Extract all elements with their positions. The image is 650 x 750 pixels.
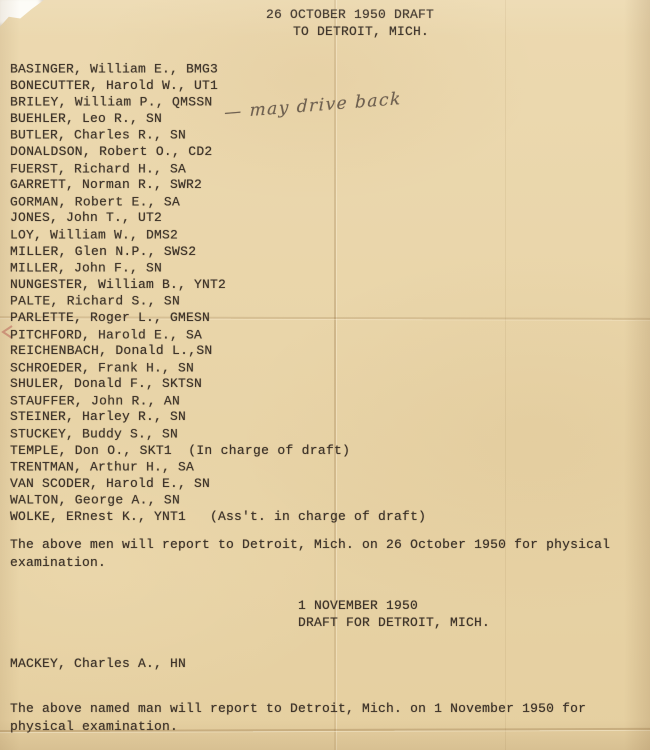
roster-line-mackey: MACKEY, Charles A., HN	[10, 656, 186, 671]
roster-list: BASINGER, William E., BMG3 BONECUTTER, H…	[10, 61, 426, 526]
scanned-document-page: 26 OCTOBER 1950 DRAFT TO DETROIT, MICH. …	[0, 0, 650, 750]
roster-line: SHULER, Donald F., SKTSN	[10, 376, 426, 393]
roster-line: BASINGER, William E., BMG3	[10, 61, 426, 78]
roster-line: STUCKEY, Buddy S., SN	[10, 426, 426, 443]
roster-line: TRENTMAN, Arthur H., SA	[10, 460, 426, 477]
document-title-line2: TO DETROIT, MICH.	[293, 24, 429, 39]
torn-corner	[0, 0, 44, 28]
roster-line: SCHROEDER, Frank H., SN	[10, 360, 426, 377]
roster-line: NUNGESTER, William B., YNT2	[10, 277, 426, 294]
roster-line: LOY, William W., DMS2	[10, 227, 426, 244]
roster-line: BUEHLER, Leo R., SN	[10, 111, 426, 128]
roster-line: GORMAN, Robert E., SA	[10, 194, 426, 211]
roster-line: PALTE, Richard S., SN	[10, 294, 426, 311]
roster-line: TEMPLE, Don O., SKT1 (In charge of draft…	[10, 443, 426, 460]
roster-line: FUERST, Richard H., SA	[10, 161, 426, 178]
paragraph-october-report: The above men will report to Detroit, Mi…	[10, 536, 642, 571]
roster-line: STEINER, Harley R., SN	[10, 409, 426, 426]
roster-line: WALTON, George A., SN	[10, 493, 426, 510]
document-title-line1: 26 OCTOBER 1950 DRAFT	[266, 7, 434, 22]
roster-line: DONALDSON, Robert O., CD2	[10, 144, 426, 161]
roster-line: WOLKE, ERnest K., YNT1 (Ass't. in charge…	[10, 509, 426, 526]
roster-line: MILLER, Glen N.P., SWS2	[10, 244, 426, 261]
roster-line: STAUFFER, John R., AN	[10, 393, 426, 410]
roster-line: PARLETTE, Roger L., GMESN	[10, 310, 426, 327]
roster-line: BUTLER, Charles R., SN	[10, 128, 426, 145]
second-draft-title-line2: DRAFT FOR DETROIT, MICH.	[298, 615, 490, 630]
second-draft-title-line1: 1 NOVEMBER 1950	[298, 598, 418, 613]
vertical-fold-crease-right	[505, 0, 506, 750]
roster-line: JONES, John T., UT2	[10, 210, 426, 227]
roster-line: VAN SCODER, Harold E., SN	[10, 476, 426, 493]
roster-line: REICHENBACH, Donald L.,SN	[10, 343, 426, 360]
paragraph-november-report: The above named man will report to Detro…	[10, 700, 642, 735]
roster-line: MILLER, John F., SN	[10, 260, 426, 277]
roster-line: GARRETT, Norman R., SWR2	[10, 177, 426, 194]
roster-line: PITCHFORD, Harold E., SA	[10, 327, 426, 344]
